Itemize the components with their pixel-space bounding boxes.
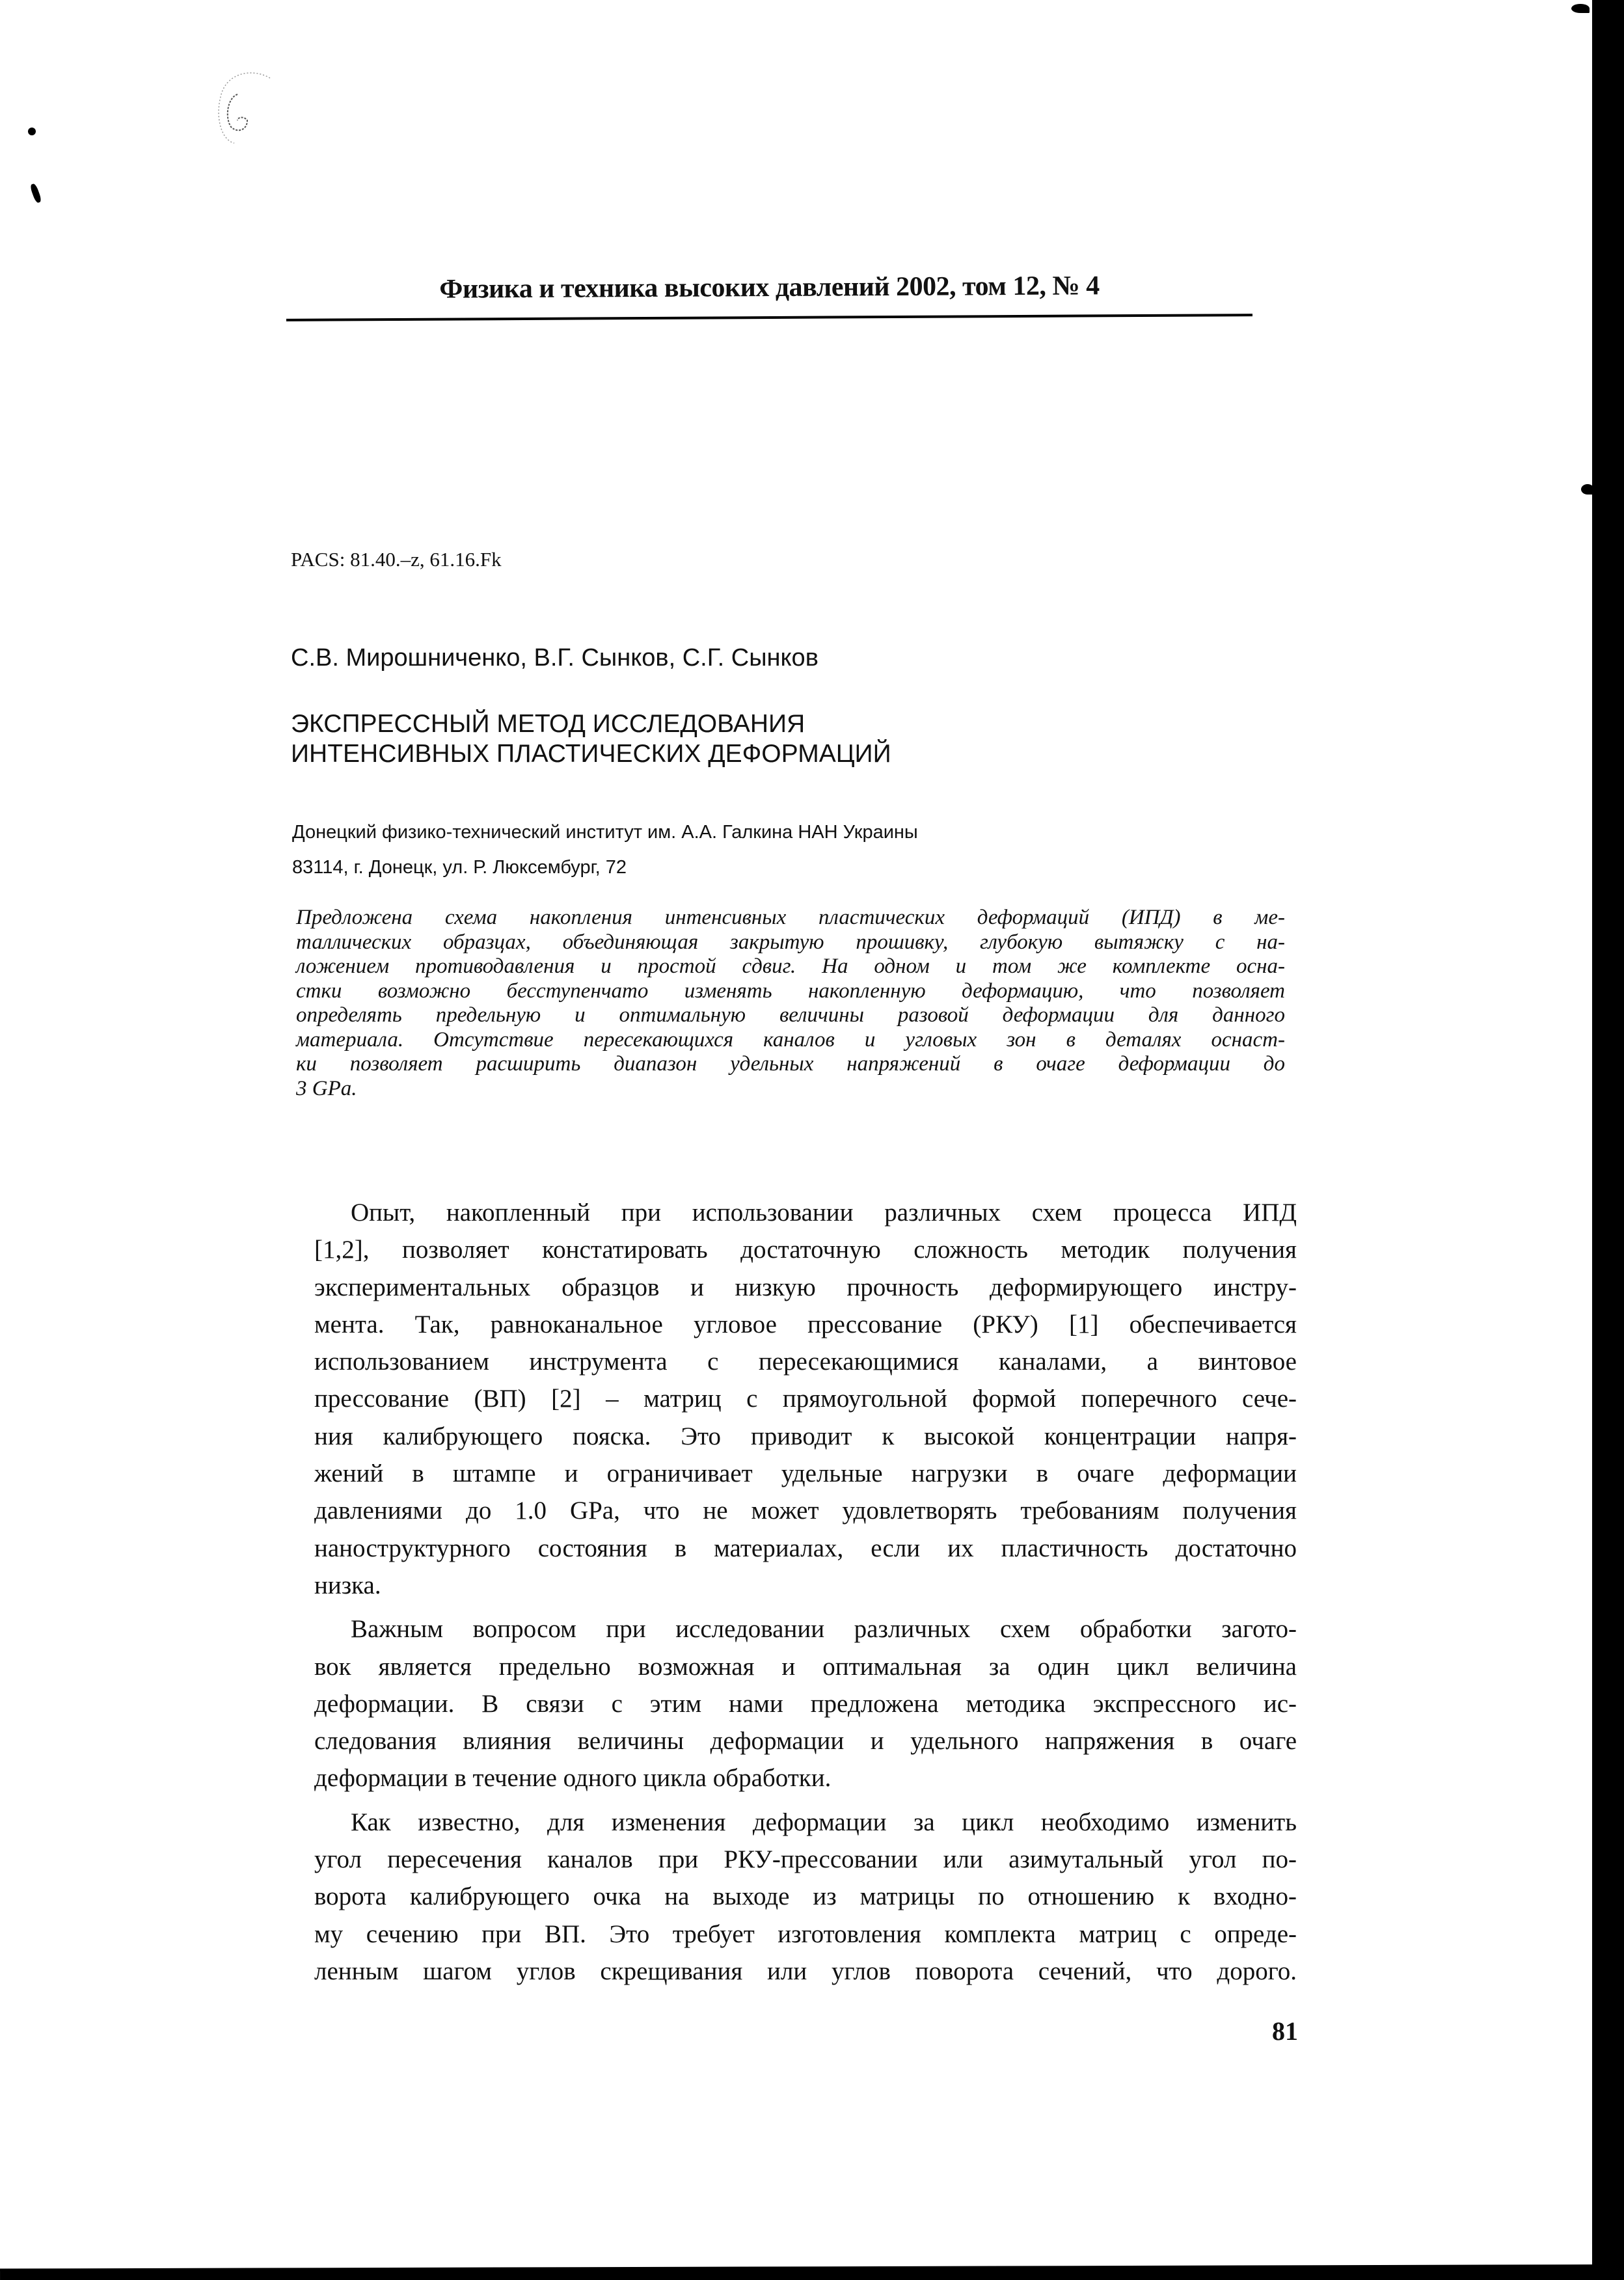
- abstract-line: ки позволяет расширить диапазон удельных…: [296, 1052, 1285, 1077]
- journal-header: Физика и техника высоких давлений 2002, …: [286, 269, 1252, 306]
- body-line: мента. Так, равноканальное угловое пресс…: [314, 1306, 1297, 1343]
- body-line: Опыт, накопленный при использовании разл…: [314, 1194, 1297, 1231]
- body-line: использованием инструмента с пересекающи…: [314, 1343, 1297, 1380]
- scan-border-right: [1592, 0, 1624, 2280]
- abstract-line: таллических образцах, объединяющая закры…: [296, 930, 1285, 955]
- abstract-line: Предложена схема накопления интенсивных …: [296, 906, 1285, 930]
- abstract: Предложена схема накопления интенсивных …: [296, 906, 1285, 1101]
- body-line: ния калибрующего пояска. Это приводит к …: [314, 1418, 1297, 1455]
- page-tab-mark-icon: [1581, 484, 1594, 495]
- handwritten-mark-icon: [208, 65, 280, 150]
- body-line: вок является предельно возможная и оптим…: [314, 1648, 1297, 1685]
- paragraph: Важным вопросом при исследовании различн…: [314, 1610, 1297, 1797]
- paragraph: Опыт, накопленный при использовании разл…: [314, 1194, 1297, 1604]
- body-line: наноструктурного состояния в материалах,…: [314, 1530, 1297, 1567]
- abstract-line: стки возможно бесступенчато изменять нак…: [296, 979, 1285, 1004]
- pacs-codes: PACS: 81.40.–z, 61.16.Fk: [291, 548, 502, 571]
- affiliation-address: 83114, г. Донецк, ул. Р. Люксембург, 72: [292, 850, 918, 885]
- affiliation-institute: Донецкий физико-технический институт им.…: [292, 815, 918, 850]
- body-line: му сечению при ВП. Это требует изготовле…: [314, 1916, 1297, 1953]
- abstract-line: 3 GPa.: [296, 1077, 1285, 1102]
- body-line: жений в штампе и ограничивает удельные н…: [314, 1455, 1297, 1492]
- scan-speck-icon: [28, 128, 36, 135]
- body-line: ворота калибрующего очка на выходе из ма…: [314, 1878, 1297, 1915]
- body-line: деформации в течение одного цикла обрабо…: [314, 1759, 1297, 1797]
- abstract-line: ложением противодавления и простой сдвиг…: [296, 955, 1285, 979]
- title-line: ЭКСПРЕССНЫЙ МЕТОД ИССЛЕДОВАНИЯ: [291, 709, 891, 739]
- body-line: ленным шагом углов скрещивания или углов…: [314, 1953, 1297, 1990]
- abstract-line: материала. Отсутствие пересекающихся кан…: [296, 1028, 1285, 1053]
- page-number: 81: [1272, 2016, 1298, 2046]
- scan-speck-icon: [29, 183, 42, 204]
- body-line: прессование (ВП) [2] – матриц с прямоуго…: [314, 1380, 1297, 1417]
- body-text: Опыт, накопленный при использовании разл…: [314, 1194, 1297, 1990]
- abstract-line: определять предельную и оптимальную вели…: [296, 1003, 1285, 1028]
- body-line: угол пересечения каналов при РКУ-прессов…: [314, 1841, 1297, 1878]
- body-line: следования влияния величины деформации и…: [314, 1722, 1297, 1759]
- authors: С.В. Мирошниченко, В.Г. Сынков, С.Г. Сын…: [291, 644, 819, 672]
- body-line: низка.: [314, 1567, 1297, 1604]
- body-line: давлениями до 1.0 GPa, что не может удов…: [314, 1492, 1297, 1529]
- body-line: [1,2], позволяет констатировать достаточ…: [314, 1231, 1297, 1268]
- body-line: экспериментальных образцов и низкую проч…: [314, 1269, 1297, 1306]
- scan-border-bottom: [0, 2264, 1624, 2280]
- header-rule: [286, 314, 1252, 321]
- paragraph: Как известно, для изменения деформации з…: [314, 1804, 1297, 1990]
- title-line: ИНТЕНСИВНЫХ ПЛАСТИЧЕСКИХ ДЕФОРМАЦИЙ: [291, 739, 891, 769]
- affiliation: Донецкий физико-технический институт им.…: [292, 815, 918, 885]
- body-line: Как известно, для изменения деформации з…: [314, 1804, 1297, 1841]
- body-line: деформации. В связи с этим нами предложе…: [314, 1685, 1297, 1722]
- article-title: ЭКСПРЕССНЫЙ МЕТОД ИССЛЕДОВАНИЯ ИНТЕНСИВН…: [291, 709, 891, 769]
- page-tab-mark-icon: [1571, 4, 1590, 13]
- body-line: Важным вопросом при исследовании различн…: [314, 1610, 1297, 1648]
